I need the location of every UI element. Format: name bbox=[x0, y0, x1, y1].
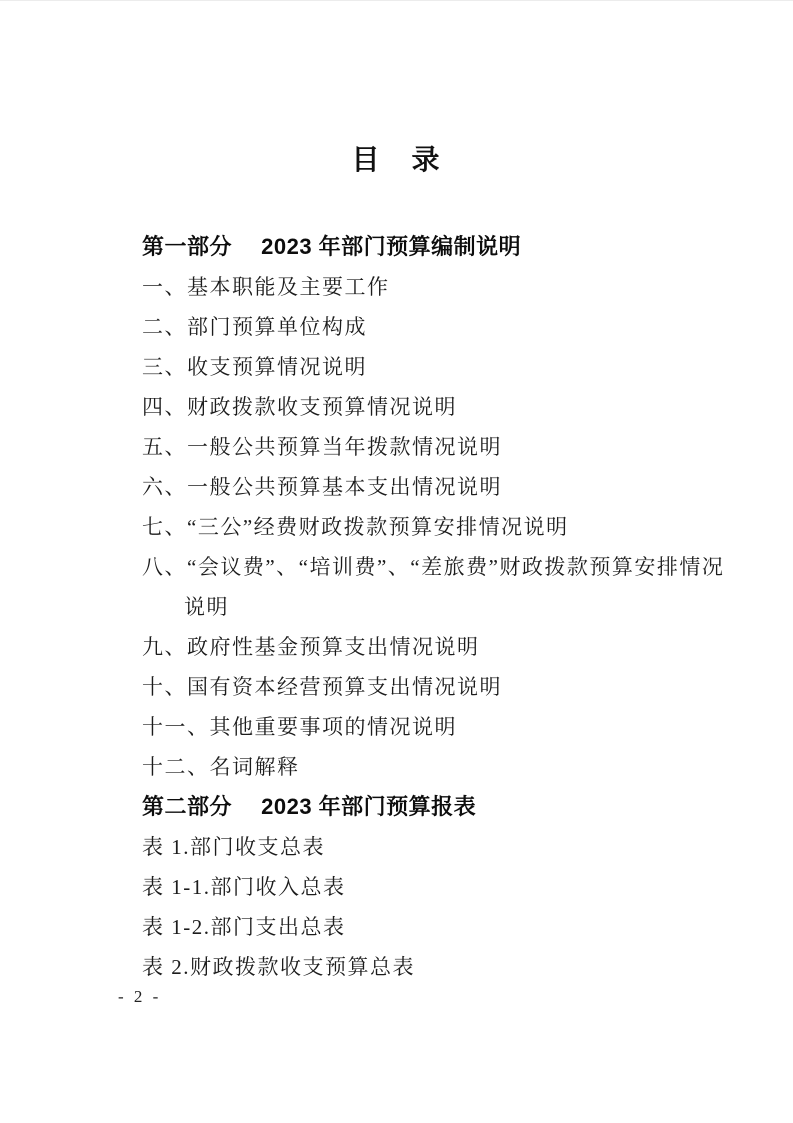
toc-line: 七、“三公”经费财政拨款预算安排情况说明 bbox=[142, 507, 722, 547]
toc-line: 五、一般公共预算当年拨款情况说明 bbox=[142, 427, 722, 467]
document-title: 目 录 bbox=[0, 140, 793, 180]
toc-line: 表 1.部门收支总表 bbox=[142, 827, 722, 867]
toc-line: 二、部门预算单位构成 bbox=[142, 307, 722, 347]
toc-line: 十、国有资本经营预算支出情况说明 bbox=[142, 667, 722, 707]
toc-line: 九、政府性基金预算支出情况说明 bbox=[142, 627, 722, 667]
toc-line: 表 2.财政拨款收支预算总表 bbox=[142, 947, 722, 987]
toc-line: 六、一般公共预算基本支出情况说明 bbox=[142, 467, 722, 507]
toc-line: 四、财政拨款收支预算情况说明 bbox=[142, 387, 722, 427]
document-page: 目 录 第一部分 2023 年部门预算编制说明一、基本职能及主要工作二、部门预算… bbox=[0, 0, 793, 1123]
toc-line: 一、基本职能及主要工作 bbox=[142, 267, 722, 307]
toc-line: 十一、其他重要事项的情况说明 bbox=[142, 707, 722, 747]
page-number: - 2 - bbox=[118, 987, 161, 1007]
toc-line: 十二、名词解释 bbox=[142, 747, 722, 787]
toc-line: 表 1-2.部门支出总表 bbox=[142, 907, 722, 947]
toc-line: 三、收支预算情况说明 bbox=[142, 347, 722, 387]
toc-line: 表 1-1.部门收入总表 bbox=[142, 867, 722, 907]
toc-section-heading: 第一部分 2023 年部门预算编制说明 bbox=[142, 227, 722, 267]
table-of-contents: 第一部分 2023 年部门预算编制说明一、基本职能及主要工作二、部门预算单位构成… bbox=[142, 227, 722, 987]
toc-line: 八、“会议费”、“培训费”、“差旅费”财政拨款预算安排情况 bbox=[142, 547, 722, 587]
toc-section-heading: 第二部分 2023 年部门预算报表 bbox=[142, 787, 722, 827]
toc-line: 说明 bbox=[142, 587, 722, 627]
